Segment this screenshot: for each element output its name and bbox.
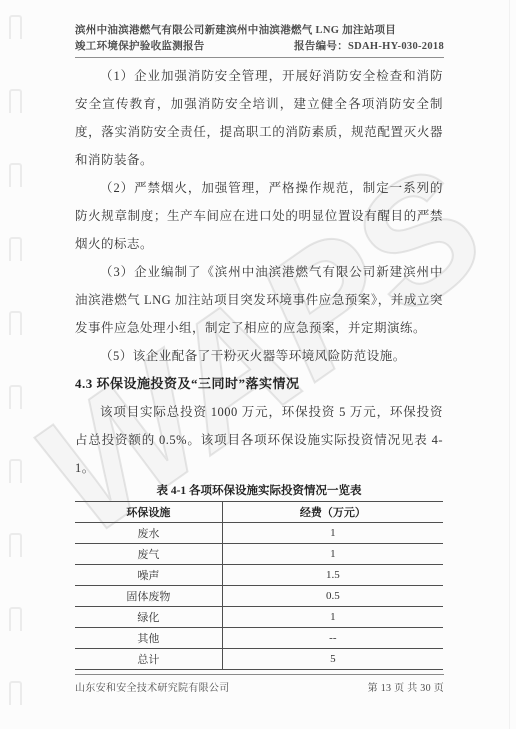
facility-cell: 废水: [75, 523, 222, 544]
cost-cell: --: [222, 628, 443, 649]
cost-cell: 1.5: [222, 565, 443, 586]
page-footer: 山东安和安全技术研究院有限公司 第 13 页 共 30 页: [75, 674, 444, 694]
table-row: 废气 1: [75, 544, 443, 565]
binding-hole-icon: [9, 15, 22, 39]
header-report-type: 竣工环境保护验收监测报告: [75, 40, 205, 54]
facility-cell: 绿化: [75, 607, 222, 628]
cost-cell: 5: [222, 649, 443, 670]
table-header-row: 环保设施 经费（万元）: [75, 502, 443, 523]
paragraph-emergency-plan: （3）企业编制了《滨州中油滨港燃气有限公司新建滨州中油滨港燃气 LNG 加注站项…: [75, 258, 443, 342]
paragraph-extinguishers: （5）该企业配备了干粉灭火器等环境风险防范设施。: [75, 342, 443, 370]
facility-cell: 废气: [75, 544, 222, 565]
cost-cell: 1: [222, 544, 443, 565]
table-row: 噪声 1.5: [75, 565, 443, 586]
cost-cell: 1: [222, 607, 443, 628]
cost-cell: 1: [222, 523, 443, 544]
facility-cell: 固体废物: [75, 586, 222, 607]
footer-page-number: 第 13 页 共 30 页: [368, 679, 444, 694]
facility-cell: 噪声: [75, 565, 222, 586]
table-header-facility: 环保设施: [75, 502, 222, 523]
binding-hole-icon: [9, 385, 22, 409]
binding-hole-icon: [9, 607, 22, 631]
table-row: 固体废物 0.5: [75, 586, 443, 607]
binding-hole-icon: [9, 89, 22, 113]
binding-hole-icon: [9, 237, 22, 261]
table-header-cost: 经费（万元）: [222, 502, 443, 523]
page-header: 滨州中油滨港燃气有限公司新建滨州中油滨港燃气 LNG 加注站项目 竣工环境保护验…: [75, 24, 444, 58]
facility-cell: 总计: [75, 649, 222, 670]
table-row: 废水 1: [75, 523, 443, 544]
report-number-value: SDAH-HY-030-2018: [348, 41, 444, 52]
header-report-number: 报告编号：SDAH-HY-030-2018: [294, 40, 444, 54]
binding-hole-icon: [9, 311, 22, 335]
investment-table: 环保设施 经费（万元） 废水 1 废气 1 噪声 1.5 固体废物: [75, 501, 443, 670]
binding-hole-icon: [9, 459, 22, 483]
header-second-row: 竣工环境保护验收监测报告 报告编号：SDAH-HY-030-2018: [75, 40, 444, 54]
table-row: 总计 5: [75, 649, 443, 670]
table-row: 其他 --: [75, 628, 443, 649]
header-project-title: 滨州中油滨港燃气有限公司新建滨州中油滨港燃气 LNG 加注站项目: [75, 24, 444, 38]
facility-cell: 其他: [75, 628, 222, 649]
page-body: （1）企业加强消防安全管理，开展好消防安全检查和消防安全宣传教育，加强消防安全培…: [75, 62, 443, 670]
table-row: 绿化 1: [75, 607, 443, 628]
table-caption: 表 4-1 各项环保设施实际投资情况一览表: [75, 482, 443, 501]
paragraph-no-smoking: （2）严禁烟火，加强管理，严格操作规范，制定一系列的防火规章制度；生产车间应在进…: [75, 174, 443, 258]
footer-company: 山东安和安全技术研究院有限公司: [75, 679, 230, 694]
binding-hole-icon: [9, 163, 22, 187]
section-investment-paragraph: 该项目实际总投资 1000 万元，环保投资 5 万元，环保投资占总投资额的 0.…: [75, 398, 443, 482]
section-heading: 4.3 环保设施投资及“三同时”落实情况: [75, 370, 443, 398]
cost-cell: 0.5: [222, 586, 443, 607]
binding-hole-icon: [9, 533, 22, 557]
report-number-label: 报告编号：: [294, 41, 348, 52]
document-page: WAPS 滨州中油滨港燃气有限公司新建滨州中油滨港燃气 LNG 加注站项目 竣工…: [0, 0, 516, 729]
binding-hole-icon: [9, 681, 22, 705]
paragraph-fire-safety: （1）企业加强消防安全管理，开展好消防安全检查和消防安全宣传教育，加强消防安全培…: [75, 62, 443, 174]
